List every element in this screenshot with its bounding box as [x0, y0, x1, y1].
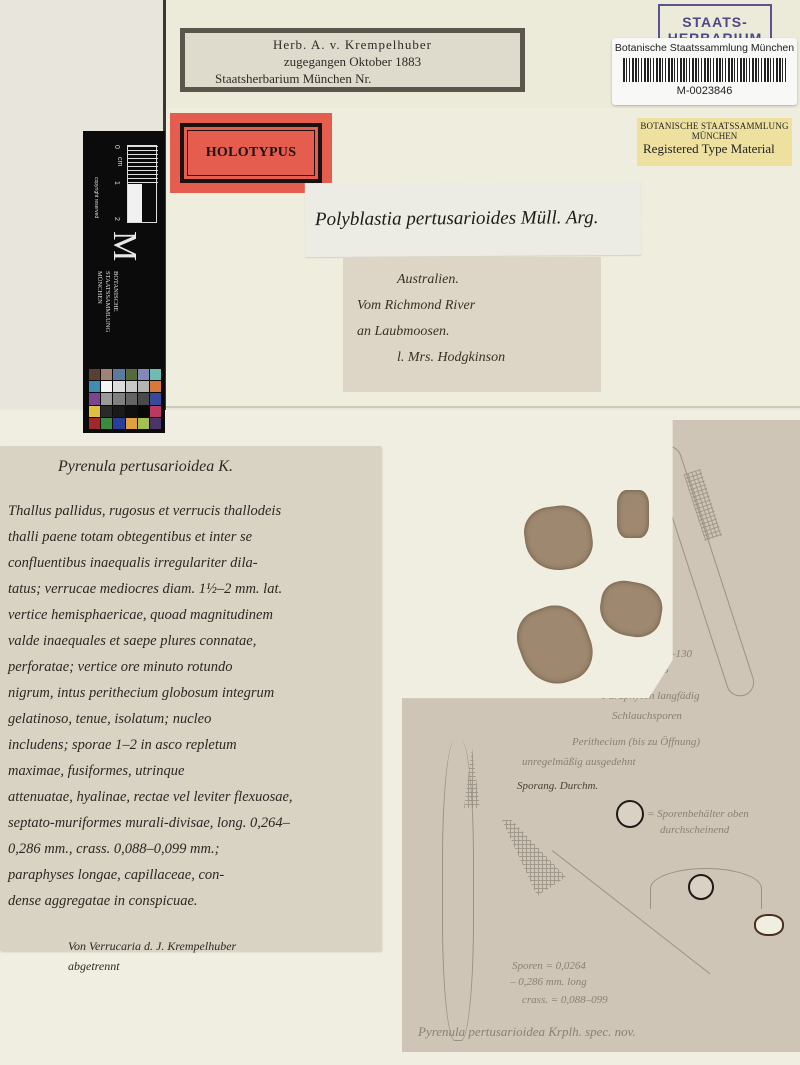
description-line: valde inaequales et saepe plures connata…: [8, 628, 369, 654]
spore-measure-note: Sporen = 0,0264: [512, 960, 586, 972]
color-swatch: [113, 418, 124, 429]
barcode-institution: Botanische Staatssammlung München: [612, 38, 797, 54]
color-swatch: [138, 369, 149, 380]
color-swatch: [89, 418, 100, 429]
perithecium-ring-1: [616, 800, 644, 828]
spore-cone-2: [502, 820, 566, 896]
origin-line-2: zugegangen Oktober 1883: [185, 53, 520, 70]
color-swatch: [113, 369, 124, 380]
color-swatch: [138, 406, 149, 417]
description-line: maximae, fusiformes, utrinque: [8, 758, 369, 784]
color-swatch: [150, 406, 161, 417]
bsm-institution-text: BOTANISCHE STAATSSAMMLUNG MÜNCHEN: [95, 271, 119, 332]
barcode-icon: [623, 58, 787, 82]
drawing-note: unregelmäßig ausgedehnt: [522, 756, 636, 768]
cm-ruler: [127, 145, 157, 223]
locality-line: an Laubmoosen.: [357, 319, 587, 345]
holotype-label: HOLOTYPUS: [170, 113, 332, 193]
description-line: includens; sporae 1–2 in asco repletum: [8, 732, 369, 758]
type-label-line-1: BOTANISCHE STAATSSAMMLUNG: [637, 121, 792, 131]
color-swatch: [113, 393, 124, 404]
description-line: attenuatae, hyalinae, rectae vel leviter…: [8, 784, 369, 810]
description-line: septato-muriformes murali-divisae, long.…: [8, 810, 369, 836]
locality-line: Vom Richmond River: [357, 293, 587, 319]
color-swatch: [113, 381, 124, 392]
color-swatch: [150, 418, 161, 429]
type-label-line-2: MÜNCHEN: [637, 131, 792, 141]
drawing-title: Pyrenula pertusarioidea Krplh. spec. nov…: [418, 1024, 636, 1040]
color-swatch: [89, 369, 100, 380]
description-line: tatus; verrucae mediocres diam. 1½–2 mm.…: [8, 576, 369, 602]
locality-line: Australien.: [357, 267, 587, 293]
description-line: 0,286 mm., crass. 0,088–0,099 mm.;: [8, 836, 369, 862]
color-swatch: [101, 418, 112, 429]
spore-measure-note: crass. = 0,088–099: [522, 994, 608, 1006]
scale-bar: 0 1 2 cm copyright reserved M BOTANISCHE…: [83, 131, 165, 433]
description-line: Thallus pallidus, rugosus et verrucis th…: [8, 498, 369, 524]
color-swatch: [138, 381, 149, 392]
description-sheet: Pyrenula pertusarioidea K. Thallus palli…: [0, 446, 381, 951]
origin-line-1: Herb. A. v. Krempelhuber: [185, 36, 520, 53]
tick-0: 0: [113, 145, 120, 149]
color-swatch: [150, 381, 161, 392]
perithecium-ring-2: [688, 874, 714, 900]
unit-label: cm: [116, 157, 123, 166]
color-swatch: [150, 393, 161, 404]
tick-1: 1: [113, 181, 120, 185]
taxon-name: Polyblastia pertusarioides Müll. Arg.: [315, 207, 599, 231]
color-swatch: [126, 381, 137, 392]
description-line: gelatinoso, tenue, isolatum; nucleo: [8, 706, 369, 732]
drawing-note: Sporang. Durchm.: [517, 780, 598, 792]
description-line: nigrum, intus perithecium globosum integ…: [8, 680, 369, 706]
color-swatch: [126, 369, 137, 380]
origin-line-3: Staatsherbarium München Nr.: [185, 70, 520, 87]
drawing-note: Perithecium (bis zu Öffnung): [572, 736, 700, 748]
color-swatch: [101, 381, 112, 392]
color-swatch: [101, 393, 112, 404]
color-swatch: [113, 406, 124, 417]
description-line: dense aggregatae in conspicuae.: [8, 888, 369, 914]
color-swatch: [138, 393, 149, 404]
determination-label: Polyblastia pertusarioides Müll. Arg.: [305, 181, 642, 257]
color-swatch: [126, 418, 137, 429]
type-label-line-3: Registered Type Material: [637, 141, 792, 157]
color-calibration-chart: [89, 369, 161, 429]
description-line: confluentibus inaequalis irregulariter d…: [8, 550, 369, 576]
bsm-logo-icon: M: [105, 231, 143, 261]
tick-2: 2: [113, 217, 120, 221]
color-swatch: [126, 393, 137, 404]
color-swatch: [150, 369, 161, 380]
color-swatch: [89, 393, 100, 404]
stamp-line-1: STAATS-: [660, 14, 770, 30]
registered-type-label: BOTANISCHE STAATSSAMMLUNG MÜNCHEN Regist…: [637, 118, 792, 166]
color-swatch: [89, 381, 100, 392]
color-swatch: [101, 369, 112, 380]
copyright-text: copyright reserved: [93, 177, 99, 218]
drawing-note: Schlauchsporen: [612, 710, 682, 722]
description-line: thalli paene totam obtegentibus et inter…: [8, 524, 369, 550]
tear-hole: [754, 914, 784, 936]
description-line: paraphyses longae, capillaceae, con-: [8, 862, 369, 888]
description-line: vertice hemisphaericae, quoad magnitudin…: [8, 602, 369, 628]
catalog-number: M-0023846: [612, 85, 797, 97]
color-swatch: [89, 406, 100, 417]
description-heading: Pyrenula pertusarioidea K.: [8, 458, 369, 476]
holotype-text: HOLOTYPUS: [187, 130, 315, 176]
spore-measure-note: – 0,286 mm. long: [510, 976, 587, 988]
locality-label: Australien. Vom Richmond River an Laubmo…: [343, 257, 601, 392]
description-line: perforatae; vertice ore minuto rotundo: [8, 654, 369, 680]
locality-line: l. Mrs. Hodgkinson: [357, 345, 587, 371]
ring-note: durchscheinend: [660, 824, 729, 836]
barcode-label: Botanische Staatssammlung München M-0023…: [612, 38, 797, 105]
lichen-fragment-2: [617, 490, 649, 538]
description-footer: Von Verrucaria d. J. Krempelhuber abgetr…: [8, 936, 369, 976]
color-swatch: [138, 418, 149, 429]
ring-note: = Sporenbehälter oben: [647, 808, 749, 820]
color-swatch: [126, 406, 137, 417]
herbarium-origin-label: Herb. A. v. Krempelhuber zugegangen Okto…: [180, 28, 525, 92]
color-swatch: [101, 406, 112, 417]
